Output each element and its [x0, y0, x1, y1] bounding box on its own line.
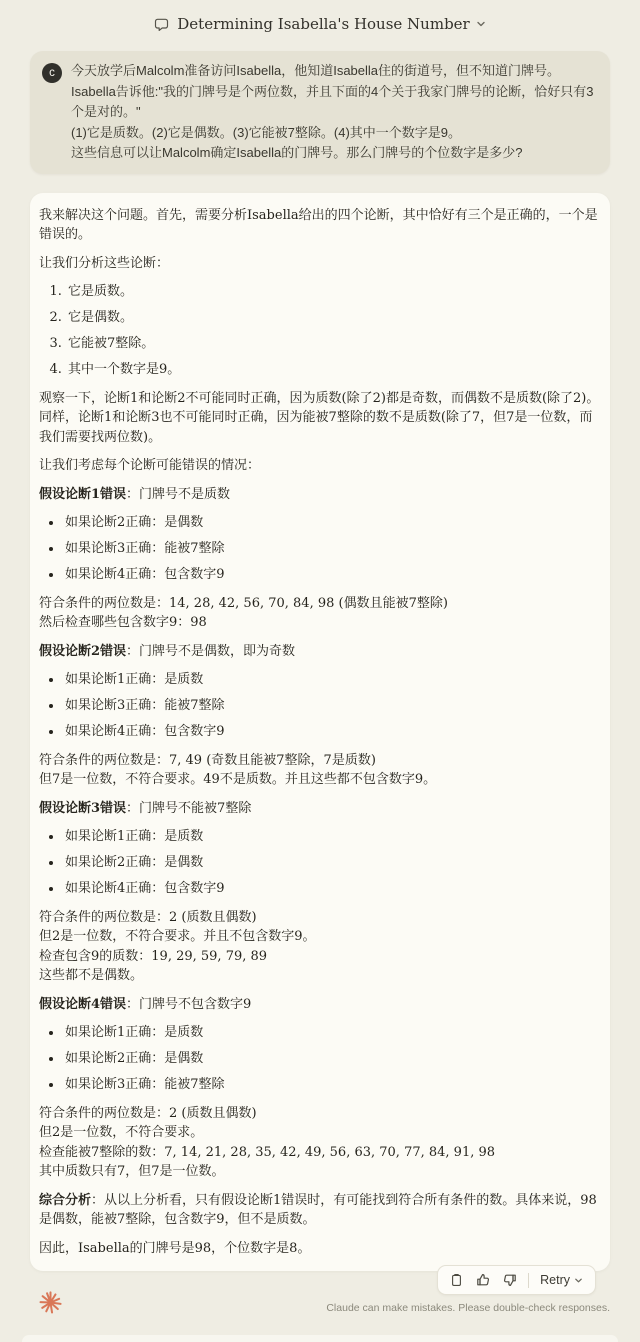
input-area-edge: [22, 1335, 618, 1342]
user-paragraph: (1)它是质数。(2)它是偶数。(3)它能被7整除。(4)其中一个数字是9。: [71, 123, 595, 144]
response-paragraph: 符合条件的两位数是：2 (质数且偶数)但2是一位数，不符合要求。检查能被7整除的…: [39, 1104, 600, 1182]
thumbs-up-icon[interactable]: [474, 1271, 492, 1289]
action-bar-divider: [528, 1273, 529, 1288]
bold-lead: 假设论断3错误: [39, 801, 126, 816]
message-action-bar: Retry: [437, 1265, 596, 1295]
chevron-down-icon: [476, 19, 486, 29]
user-paragraph: 这些信息可以让Malcolm确定Isabella的门牌号。那么门牌号的个位数字是…: [71, 143, 595, 164]
response-paragraph: 符合条件的两位数是：14, 28, 42, 56, 70, 84, 98 (偶数…: [39, 594, 600, 633]
user-message-text: 今天放学后Malcolm准备访问Isabella，他知道Isabella住的街道…: [71, 61, 595, 164]
response-paragraph: 假设论断2错误：门牌号不是偶数，即为奇数: [39, 642, 600, 662]
list-item: 如果论断4正确：包含数字9: [63, 879, 600, 899]
bold-lead: 假设论断1错误: [39, 487, 126, 502]
response-paragraph: 让我们分析这些论断：: [39, 254, 600, 274]
conversation-header[interactable]: Determining Isabella's House Number: [0, 0, 640, 37]
list-item: 如果论断3正确：能被7整除: [63, 1075, 600, 1095]
disclaimer-text: Claude can make mistakes. Please double-…: [326, 1302, 610, 1314]
response-paragraph: 符合条件的两位数是：2 (质数且偶数)但2是一位数，不符合要求。并且不包含数字9…: [39, 908, 600, 986]
list-item: 如果论断1正确：是质数: [63, 670, 600, 690]
retry-label: Retry: [540, 1273, 570, 1287]
list-item: 如果论断3正确：能被7整除: [63, 696, 600, 716]
list-item: 如果论断3正确：能被7整除: [63, 539, 600, 559]
numbered-list: 它是质数。它是偶数。它能被7整除。其中一个数字是9。: [39, 282, 600, 380]
list-item: 它是质数。: [66, 282, 600, 302]
response-paragraph: 假设论断1错误：门牌号不是质数: [39, 485, 600, 505]
response-paragraph: 因此，Isabella的门牌号是98，个位数字是8。: [39, 1239, 600, 1259]
list-item: 如果论断1正确：是质数: [63, 1023, 600, 1043]
list-item: 它能被7整除。: [66, 334, 600, 354]
response-paragraph: 综合分析：从以上分析看，只有假设论断1错误时，有可能找到符合所有条件的数。具体来…: [39, 1191, 600, 1230]
bold-lead: 综合分析: [39, 1193, 91, 1208]
bullet-list: 如果论断1正确：是质数如果论断2正确：是偶数如果论断4正确：包含数字9: [39, 827, 600, 899]
message-actions-row: Retry: [0, 1265, 596, 1295]
response-paragraph: 假设论断4错误：门牌号不包含数字9: [39, 995, 600, 1015]
list-item: 如果论断2正确：是偶数: [63, 513, 600, 533]
list-item: 如果论断2正确：是偶数: [63, 853, 600, 873]
list-item: 如果论断2正确：是偶数: [63, 1049, 600, 1069]
response-paragraph: 观察一下，论断1和论断2不可能同时正确，因为质数(除了2)都是奇数，而偶数不是质…: [39, 389, 600, 448]
chat-bubble-icon: [154, 17, 169, 32]
bold-lead: 假设论断4错误: [39, 997, 126, 1012]
copy-icon[interactable]: [448, 1271, 465, 1289]
list-item: 它是偶数。: [66, 308, 600, 328]
user-avatar: c: [42, 63, 62, 83]
chevron-down-icon: [574, 1276, 583, 1285]
list-item: 其中一个数字是9。: [66, 360, 600, 380]
page-title: Determining Isabella's House Number: [177, 15, 469, 33]
response-blocks: 我来解决这个问题。首先，需要分析Isabella给出的四个论断，其中恰好有三个是…: [39, 206, 600, 1259]
response-paragraph: 符合条件的两位数是：7, 49 (奇数且能被7整除，7是质数)但7是一位数，不符…: [39, 751, 600, 790]
bold-lead: 假设论断2错误: [39, 644, 126, 659]
thumbs-down-icon[interactable]: [501, 1271, 519, 1289]
bullet-list: 如果论断2正确：是偶数如果论断3正确：能被7整除如果论断4正确：包含数字9: [39, 513, 600, 585]
assistant-response: 我来解决这个问题。首先，需要分析Isabella给出的四个论断，其中恰好有三个是…: [30, 193, 610, 1272]
list-item: 如果论断1正确：是质数: [63, 827, 600, 847]
response-paragraph: 假设论断3错误：门牌号不能被7整除: [39, 799, 600, 819]
user-paragraph: 今天放学后Malcolm准备访问Isabella，他知道Isabella住的街道…: [71, 61, 595, 123]
response-paragraph: 我来解决这个问题。首先，需要分析Isabella给出的四个论断，其中恰好有三个是…: [39, 206, 600, 245]
bullet-list: 如果论断1正确：是质数如果论断2正确：是偶数如果论断3正确：能被7整除: [39, 1023, 600, 1095]
bullet-list: 如果论断1正确：是质数如果论断3正确：能被7整除如果论断4正确：包含数字9: [39, 670, 600, 742]
response-paragraph: 让我们考虑每个论断可能错误的情况：: [39, 456, 600, 476]
retry-button[interactable]: Retry: [538, 1271, 585, 1289]
user-message: c 今天放学后Malcolm准备访问Isabella，他知道Isabella住的…: [30, 51, 610, 174]
list-item: 如果论断4正确：包含数字9: [63, 565, 600, 585]
list-item: 如果论断4正确：包含数字9: [63, 722, 600, 742]
